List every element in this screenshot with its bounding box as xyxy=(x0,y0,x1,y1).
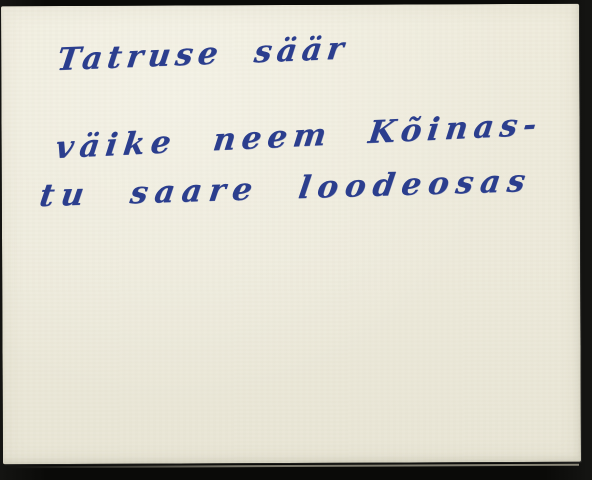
handwriting-line-1: Tatruse säär xyxy=(55,30,351,78)
handwriting-line-2: väike neem Kõinas- xyxy=(53,107,544,167)
handwriting-line-3: tu saare loodeosas xyxy=(37,163,534,214)
caption-card: Tatruse säär väike neem Kõinas- tu saare… xyxy=(1,4,581,465)
